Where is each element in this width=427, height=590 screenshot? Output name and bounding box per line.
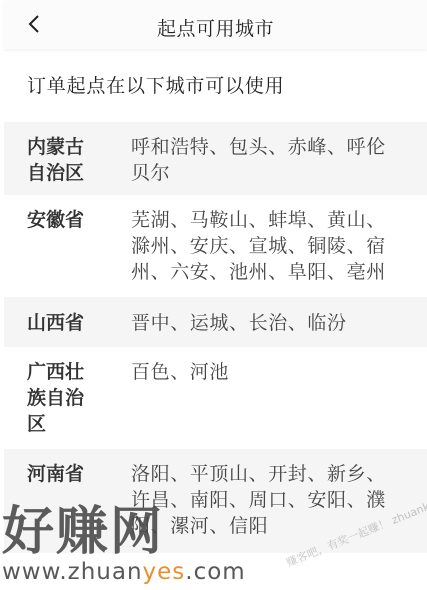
province-label: 安徽省 <box>4 207 131 285</box>
city-list: 芜湖、马鞍山、蚌埠、黄山、滁州、安庆、宣城、铜陵、宿州、六安、池州、阜阳、亳州 <box>131 207 386 285</box>
table-row: 河南省 洛阳、平顶山、开封、新乡、许昌、南阳、周口、安阳、濮阳、漯河、信阳 <box>4 449 427 553</box>
province-label: 山西省 <box>4 310 131 336</box>
table-row: 山西省 晋中、运城、长治、临汾 <box>4 297 427 347</box>
province-label: 内蒙古自治区 <box>4 134 131 186</box>
province-label: 广西壮族自治区 <box>4 359 131 437</box>
table-row: 广西壮族自治区 百色、河池 <box>4 347 427 449</box>
table-row: 安徽省 芜湖、马鞍山、蚌埠、黄山、滁州、安庆、宣城、铜陵、宿州、六安、池州、阜阳… <box>4 195 427 297</box>
city-list: 晋中、运城、长治、临汾 <box>131 310 386 336</box>
city-list: 百色、河池 <box>131 359 386 437</box>
watermark-url: www.zhuanyes.com <box>2 560 246 584</box>
subtitle: 订单起点在以下城市可以使用 <box>27 71 284 98</box>
province-label: 河南省 <box>4 461 131 539</box>
city-table: 内蒙古自治区 呼和浩特、包头、赤峰、呼伦贝尔 安徽省 芜湖、马鞍山、蚌埠、黄山、… <box>4 122 427 553</box>
nav-bar: 起点可用城市 <box>4 0 427 49</box>
city-list: 呼和浩特、包头、赤峰、呼伦贝尔 <box>131 134 386 186</box>
page-title: 起点可用城市 <box>4 14 427 41</box>
city-list: 洛阳、平顶山、开封、新乡、许昌、南阳、周口、安阳、濮阳、漯河、信阳 <box>131 461 386 539</box>
table-row: 内蒙古自治区 呼和浩特、包头、赤峰、呼伦贝尔 <box>4 122 427 195</box>
